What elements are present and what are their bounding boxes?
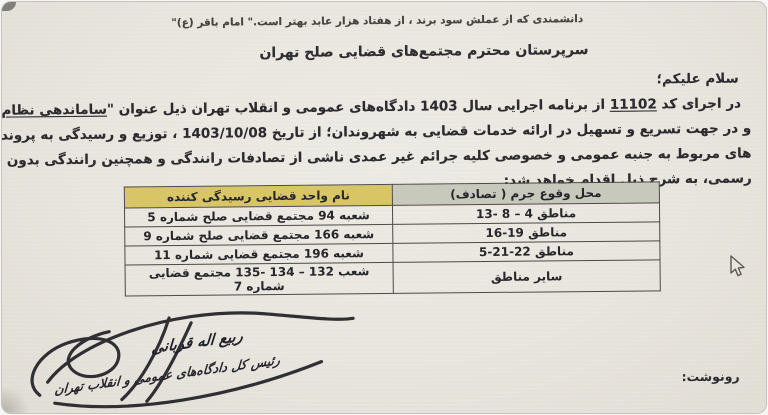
cell-unit: شعبه 166 مجتمع قضایی صلح شماره 9 xyxy=(125,224,393,246)
addressee-line: سرپرستان محترم مجتمع‌های قضایی صلح تهران xyxy=(259,42,588,61)
cell-location: سایر مناطق xyxy=(393,260,660,294)
cell-unit: شعبه 196 مجتمع قضایی شماره 11 xyxy=(125,243,393,265)
scanned-letter-page: دانشمندی که از عملش سود برند ، از هفتاد … xyxy=(1,1,767,414)
header-judicial-unit: نام واحد قضایی رسیدگی کننده xyxy=(124,184,392,208)
mouse-cursor-icon xyxy=(729,255,746,279)
body-line-1-pre: در اجرای کد xyxy=(657,96,741,113)
cell-unit: شعب 132 – 134 -135 مجتمع قضایی شماره 7 xyxy=(125,262,393,296)
cell-location: مناطق 22-21-5 xyxy=(393,241,660,263)
header-crime-location: محل وقوع جرم ( تصادف) xyxy=(392,182,659,206)
hadith-quote: دانشمندی که از عملش سود برند ، از هفتاد … xyxy=(171,13,583,29)
salutation: سلام علیکم؛ xyxy=(657,71,739,88)
table-row: سایر مناطق شعب 132 – 134 -135 مجتمع قضای… xyxy=(125,260,660,296)
signature-block: ربیع اله قربانی رئیس کل دادگاه‌های عمومی… xyxy=(19,299,365,414)
jurisdiction-table: محل وقوع جرم ( تصادف) نام واحد قضایی رسی… xyxy=(124,181,661,296)
cell-unit: شعبه 94 مجتمع قضایی صلح شماره 5 xyxy=(124,205,392,227)
cell-location: مناطق 4 – 8 -13 xyxy=(392,203,659,225)
program-title: ساماندهی نظام ارجاع xyxy=(1,102,107,119)
cell-location: مناطق 19-16 xyxy=(393,222,660,244)
program-code: 11102 xyxy=(610,96,657,112)
handwritten-signature-icon xyxy=(19,299,365,414)
letter-content: دانشمندی که از عملش سود برند ، از هفتاد … xyxy=(1,1,767,414)
body-line-1-mid: از برنامه اجرایی سال 1403 دادگاه‌های عمو… xyxy=(107,97,610,118)
copy-to-label: رونوشت: xyxy=(682,369,740,385)
